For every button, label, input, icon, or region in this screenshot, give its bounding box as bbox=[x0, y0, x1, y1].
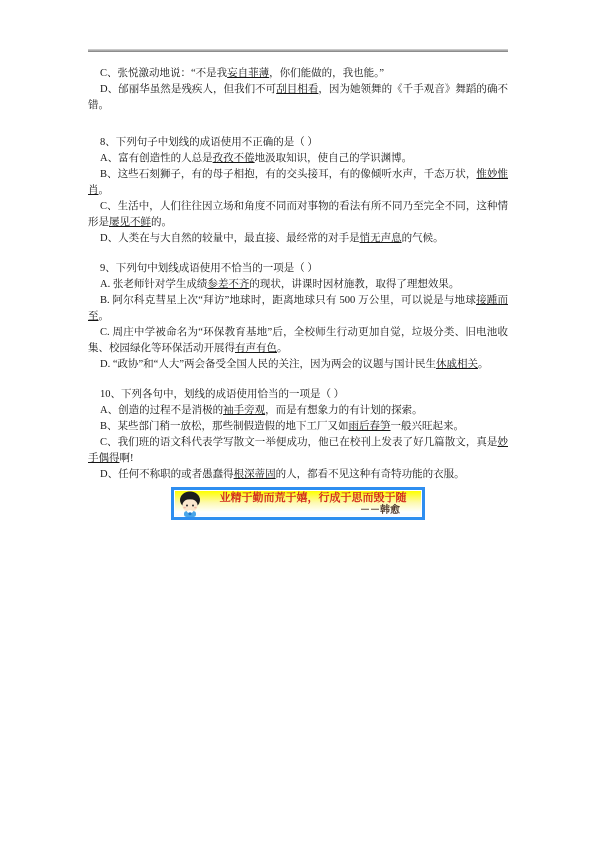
text-segment: A、富有创造性的人总是 bbox=[100, 153, 213, 164]
cartoon-boy-icon bbox=[179, 491, 201, 516]
text-segment: 。 bbox=[99, 311, 110, 322]
text-segment: 的现状，讲课时因材施教，取得了理想效果。 bbox=[249, 279, 459, 290]
text-segment: D. “政协”和“人大”两会备受全国人民的关注，因为两会的议题与国计民生 bbox=[100, 359, 436, 370]
underlined-idiom: 休戚相关 bbox=[436, 359, 478, 370]
question-8-option-a: A、富有创造性的人总是孜孜不倦地汲取知识，使自己的学识渊博。 bbox=[88, 151, 508, 167]
underlined-idiom: 有声有色 bbox=[235, 343, 277, 354]
text-segment: C、我们班的语文科代表学写散文一举便成功，他已在校刊上发表了好几篇散文，真是 bbox=[100, 437, 498, 448]
underlined-idiom: 妄自菲薄 bbox=[227, 68, 269, 79]
underlined-idiom: 雨后春笋 bbox=[349, 421, 391, 432]
header-rule bbox=[88, 49, 508, 52]
text-segment: B、某些部门稍一放松，那些制假造假的地下工厂又如 bbox=[100, 421, 349, 432]
underlined-idiom: 屡见不鲜 bbox=[109, 217, 151, 228]
underlined-idiom: 悄无声息 bbox=[360, 233, 402, 244]
prev-option-d: D、邰丽华虽然是残疾人，但我们不可刮目相看，因为她领舞的《千手观音》舞蹈的确不错… bbox=[88, 82, 508, 114]
question-10-option-c: C、我们班的语文科代表学写散文一举便成功，他已在校刊上发表了好几篇散文，真是妙手… bbox=[88, 435, 508, 467]
text-segment: D、人类在与大自然的较量中，最直接、最经常的对手是 bbox=[100, 233, 360, 244]
text-segment: 地汲取知识，使自己的学识渊博。 bbox=[255, 153, 413, 164]
text-segment: A、创造的过程不是消极的 bbox=[100, 405, 223, 416]
underlined-idiom: 根深蒂固 bbox=[234, 469, 276, 480]
question-8-option-b: B、这些石刻狮子，有的母子相抱，有的交头接耳，有的像倾听水声，千态万状，惟妙惟肖… bbox=[88, 167, 508, 199]
underlined-idiom: 袖手旁观 bbox=[223, 405, 265, 416]
text-segment: 一般兴旺起来。 bbox=[391, 421, 465, 432]
document-body: C、张悦激动地说：“不是我妄自菲薄，你们能做的，我也能。” D、邰丽华虽然是残疾… bbox=[88, 66, 508, 483]
text-segment: D、邰丽华虽然是残疾人，但我们不可 bbox=[100, 84, 276, 95]
question-10-option-b: B、某些部门稍一放松，那些制假造假的地下工厂又如雨后春笋一般兴旺起来。 bbox=[88, 419, 508, 435]
text-segment: A. 张老师针对学生成绩 bbox=[100, 279, 207, 290]
question-9-prompt: 9、下列句中划线成语使用不恰当的一项是（ ） bbox=[88, 261, 508, 277]
banner-quote: 业精于勤而荒于嬉，行成于思而毁于随 bbox=[204, 490, 422, 505]
question-9-option-b: B. 阿尔科克彗星上次“拜访”地球时，距离地球只有 500 万公里，可以说是与地… bbox=[88, 293, 508, 325]
text-segment: C、张悦激动地说：“不是我 bbox=[100, 68, 227, 79]
question-10-option-d: D、任何不称职的或者愚蠢得根深蒂固的人，都看不见这种有奇特功能的衣服。 bbox=[88, 467, 508, 483]
question-9-option-d: D. “政协”和“人大”两会备受全国人民的关注，因为两会的议题与国计民生休戚相关… bbox=[88, 357, 508, 373]
question-10-option-a: A、创造的过程不是消极的袖手旁观，而是有想象力的有计划的探索。 bbox=[88, 403, 508, 419]
text-segment: D、任何不称职的或者愚蠢得 bbox=[100, 469, 234, 480]
text-segment: B、这些石刻狮子，有的母子相抱，有的交头接耳，有的像倾听水声，千态万状， bbox=[100, 169, 476, 180]
underlined-idiom: 孜孜不倦 bbox=[213, 153, 255, 164]
question-10-prompt: 10、下列各句中，划线的成语使用恰当的一项是（ ） bbox=[88, 387, 508, 403]
text-segment: 的。 bbox=[151, 217, 172, 228]
text-segment: 。 bbox=[277, 343, 288, 354]
underlined-idiom: 刮目相看 bbox=[276, 84, 318, 95]
question-8-prompt: 8、下列句子中划线的成语使用不正确的是（ ） bbox=[88, 135, 508, 151]
underlined-idiom: 参差不齐 bbox=[207, 279, 249, 290]
document-page: C、张悦激动地说：“不是我妄自菲薄，你们能做的，我也能。” D、邰丽华虽然是残疾… bbox=[0, 0, 596, 842]
question-9-option-c: C. 周庄中学被命名为“环保教育基地”后，全校师生行动更加自觉，垃圾分类、旧电池… bbox=[88, 325, 508, 357]
text-segment: C. 周庄中学被命名为“环保教育基地”后，全校师生行动更加自觉，垃圾分类、旧电池… bbox=[88, 327, 508, 354]
question-8-option-d: D、人类在与大自然的较量中，最直接、最经常的对手是悄无声息的气候。 bbox=[88, 231, 508, 247]
text-segment: 的人，都看不见这种有奇特功能的衣服。 bbox=[276, 469, 465, 480]
text-segment: ，而是有想象力的有计划的探索。 bbox=[265, 405, 423, 416]
text-segment: ，你们能做的，我也能。” bbox=[269, 68, 384, 79]
question-8-option-c: C、生活中，人们往往因立场和角度不同而对事物的看法有所不同乃至完全不同，这种情形… bbox=[88, 199, 508, 231]
text-segment: 的气候。 bbox=[402, 233, 444, 244]
prev-option-c: C、张悦激动地说：“不是我妄自菲薄，你们能做的，我也能。” bbox=[88, 66, 508, 82]
quote-banner: 业精于勤而荒于嬉，行成于思而毁于随 －－韩愈 bbox=[171, 487, 425, 520]
text-segment: 。 bbox=[99, 185, 110, 196]
question-9-option-a: A. 张老师针对学生成绩参差不齐的现状，讲课时因材施教，取得了理想效果。 bbox=[88, 277, 508, 293]
text-segment: 啊! bbox=[120, 453, 134, 464]
banner-attribution: －－韩愈 bbox=[174, 505, 422, 517]
text-segment: 。 bbox=[478, 359, 489, 370]
text-segment: B. 阿尔科克彗星上次“拜访”地球时，距离地球只有 500 万公里，可以说是与地… bbox=[100, 295, 476, 306]
